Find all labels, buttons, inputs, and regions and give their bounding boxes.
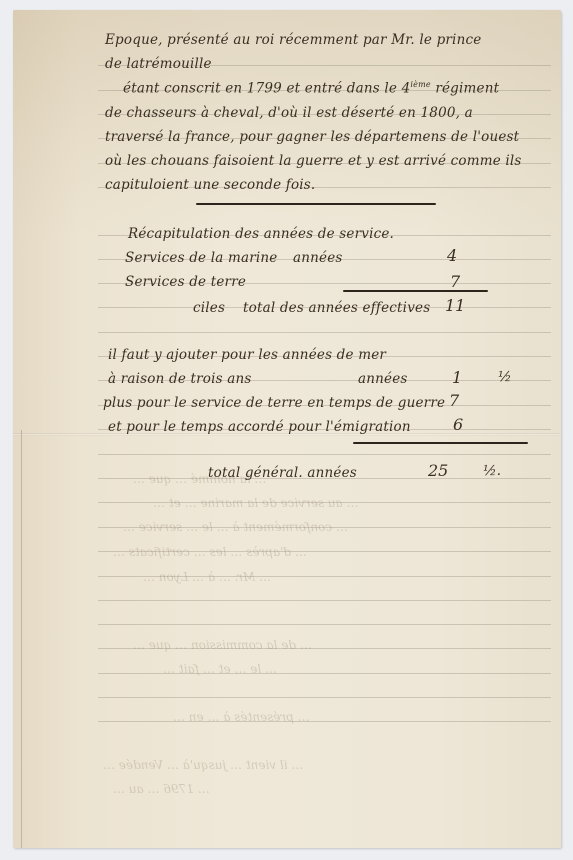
addition-value: 7 [449,391,459,410]
narrative-line: de latrémouille [105,56,212,72]
narrative-line: où les chouans faisoient la guerre et y … [105,153,522,169]
addition-label: et pour le temps accordé pour l'émigrati… [108,419,411,435]
additions-intro: il faut y ajouter pour les années de mer [108,347,386,363]
grand-total-label: total général. années [208,465,357,481]
subtotal-label: total des années effectives [243,300,430,316]
grand-total-value: 25 [428,461,448,480]
recap-row-value: 4 [447,246,457,265]
paper-crease [21,430,32,848]
addition-value: 6 [453,415,463,434]
narrative-line: de chasseurs à cheval, d'où il est déser… [105,105,473,121]
section-divider [196,203,436,205]
subtotal-prefix: ciles [193,300,225,316]
sum-line [343,290,488,292]
manuscript-page: … la nommé … que … … au service de la ma… [13,10,561,848]
addition-value: 1 [452,368,462,387]
sum-line [353,442,528,444]
subtotal-value: 11 [445,296,465,315]
grand-total-fraction: ½. [483,463,501,479]
recap-row-value: 7 [450,272,460,291]
recap-row-unit: années [293,250,343,266]
recap-row-label: Services de terre [125,274,246,290]
narrative-line: étant conscrit en 1799 et entré dans le … [123,80,499,97]
addition-unit: années [358,371,408,387]
recap-row-label: Services de la marine [125,250,278,266]
narrative-line: Epoque, présenté au roi récemment par Mr… [105,32,481,48]
narrative-line: capituloient une seconde fois. [105,177,315,193]
narrative-line: traversé la france, pour gagner les dépa… [105,129,519,145]
addition-label: à raison de trois ans [108,371,252,387]
addition-label: plus pour le service de terre en temps d… [103,395,445,411]
recap-title: Récapitulation des années de service. [128,226,394,242]
addition-fraction: ½ [498,369,512,385]
